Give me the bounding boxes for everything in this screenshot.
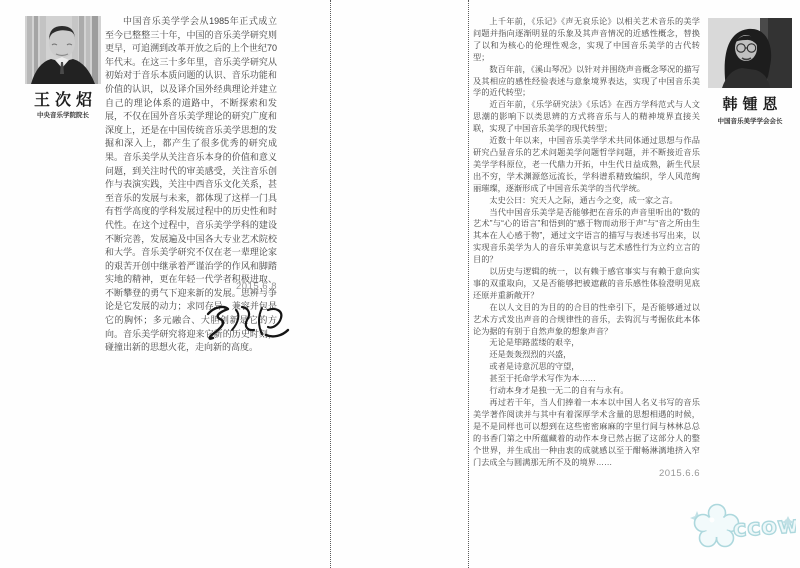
portrait-photo-illustration <box>25 16 101 84</box>
paragraph: 以历史与逻辑的统一，以有赖于感官事实与有赖于意向实事的双重取向，又是否能够把被遮… <box>473 266 700 302</box>
paragraph: 数百年前，《溪山琴况》以针对并围绕声音概念琴况的描写及其相应的感性经验表述与意象… <box>473 64 700 100</box>
portrait-photo-wang-cizhao <box>25 16 101 84</box>
paragraph: 太史公曰：究天人之际，通古今之变，成一家之言。 <box>473 195 700 207</box>
paragraph: 甚至于托命学术写作为本…… <box>473 373 700 385</box>
portrait-photo-illustration <box>708 18 792 88</box>
portrait-photo-han-zhongen <box>708 18 792 88</box>
paragraph: 近百年前，《乐学研究法》《乐话》在西方学科范式与人文思潮的影响下以类思辨的方式将… <box>473 99 700 135</box>
paragraph: 或者是诗意沉思的守望， <box>473 361 700 373</box>
book-spread: 王次炤 中央音乐学院院长 中国音乐美学学会从1985年正式成立至今已整整三十年，… <box>0 0 800 568</box>
paragraph: 无论是筚路蓝缕的艰辛， <box>473 337 700 349</box>
handwritten-signature <box>200 297 290 345</box>
paragraph: 行动本身才是独一无二的自有与永有。 <box>473 385 700 397</box>
right-page-date: 2015.6.6 <box>473 468 700 479</box>
author-name-left: 王次炤 <box>21 87 105 110</box>
paragraph: 再过若干年，当人们捧着一本本以中国人名义书写的音乐美学著作阅读并与其中有着深厚学… <box>473 397 700 468</box>
author-name-right: 韩锺恩 <box>704 93 796 114</box>
paragraph: 当代中国音乐美学是否能够把在音乐的声音里听出的“数的艺术”与“心的语言”和悟到的… <box>473 207 700 267</box>
paragraph: 近数十年以来，中国音乐美学学术共同体通过思想与作品研究凸显音乐的艺术问题美学问题… <box>473 135 700 195</box>
right-page-body-text: 上千年前，《乐记》《声无哀乐论》以相关艺术音乐的美学问题并指向逐渐明显的乐象及其… <box>473 16 700 468</box>
page-divider-left <box>330 0 331 568</box>
left-page-date: 2015.6.8 <box>105 281 277 292</box>
paragraph: 上千年前，《乐记》《声无哀乐论》以相关艺术音乐的美学问题并指向逐渐明显的乐象及其… <box>473 16 700 64</box>
ccow-watermark-logo: ccow <box>686 499 796 557</box>
paragraph: 还是轰轰烈烈的兴盛， <box>473 349 700 361</box>
paragraph: 在以人文目的为目的的合目的性牵引下，是否能够通过以艺术方式发出声音的合规律性的音… <box>473 302 700 338</box>
author-title-left: 中央音乐学院院长 <box>13 110 113 119</box>
page-divider-right <box>468 0 469 568</box>
watermark-text: ccow <box>732 512 796 543</box>
author-title-right: 中国音乐美学学会会长 <box>696 116 800 125</box>
